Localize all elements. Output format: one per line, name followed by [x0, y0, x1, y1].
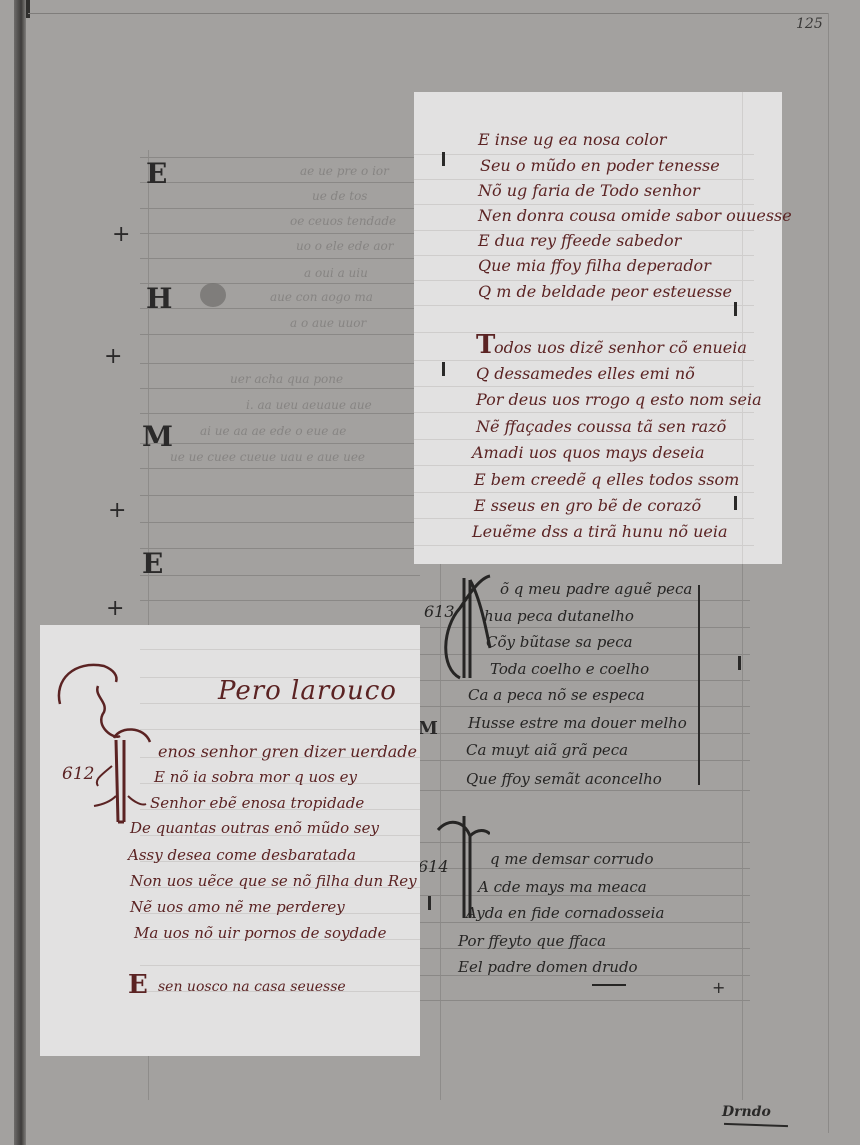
verse-line: hua peca dutanelho [484, 609, 634, 624]
margin-mark [734, 496, 737, 510]
author-heading: Pero larouco [218, 676, 397, 706]
bleed-through-text: ue ue cuee cueue uau e aue uee [170, 450, 365, 464]
ruled-line [420, 922, 750, 923]
page-right-edge [828, 13, 829, 1133]
verse-line: Eel padre domen drudo [458, 960, 638, 975]
bleed-through-text: uer acha qua pone [230, 372, 343, 386]
ruled-line [414, 439, 754, 440]
margin-letter-m: M [418, 720, 438, 738]
ruled-line [420, 706, 750, 707]
ruled-line [414, 492, 754, 493]
ruled-line [140, 182, 420, 183]
verse-line: sen uosco na casa seuesse [158, 980, 346, 994]
ruled-line [140, 729, 420, 730]
bleed-through-text: i. aa ueu aeuaue aue [246, 398, 372, 412]
margin-cross: + [712, 980, 725, 996]
margin-cross: + [108, 500, 126, 522]
margin-cross: + [106, 598, 124, 620]
highlight-region-top-right: E inse ug ea nosa color Seu o mũdo en po… [414, 92, 782, 564]
verse-line: Ca muyt aiã grã peca [466, 743, 628, 758]
margin-bracket [698, 585, 700, 785]
ruled-line [140, 522, 420, 523]
decorated-initial: T [476, 332, 495, 358]
verse-line: E sseus en gro bẽ de corazõ [474, 498, 701, 514]
verse-line: Assy desea come desbaratada [128, 848, 356, 863]
ruled-line [140, 443, 420, 444]
ruled-line [140, 388, 420, 389]
verse-line: q me demsar corrudo [490, 852, 654, 867]
verse-line: Nẽ uos amo nẽ me perderey [130, 900, 345, 915]
margin-letter-m: M [142, 423, 173, 451]
verse-line: enos senhor gren dizer uerdade [158, 744, 417, 760]
ruled-line [140, 965, 420, 966]
ruled-line [140, 468, 420, 469]
margin-mark [738, 656, 741, 670]
margin-letter-e: E [142, 550, 163, 578]
ruled-line [140, 334, 420, 335]
column-rule [742, 92, 743, 564]
verse-line: Nen donra cousa omide sabor ouuesse [478, 208, 792, 224]
margin-letter-e: E [146, 160, 167, 188]
ruled-line [140, 600, 420, 601]
ruled-line [414, 545, 754, 546]
ruled-line [420, 1000, 750, 1001]
ruled-line [140, 575, 420, 576]
margin-mark [734, 302, 737, 316]
bleed-through-text: oe ceuos tendade [290, 214, 396, 228]
bleed-through-text: a o aue uuor [290, 316, 366, 330]
ruled-line [414, 518, 754, 519]
ruled-line [140, 495, 420, 496]
ruled-line [414, 386, 754, 387]
margin-cross: + [104, 346, 122, 368]
decorated-initial-e: E [128, 972, 148, 998]
bleed-through-text: uo o ele ede aor [296, 239, 393, 253]
verse-line: E inse ug ea nosa color [478, 132, 666, 148]
binding-spine [14, 0, 26, 1145]
bleed-through-text: ai ue aa ae ede o eue ae [200, 424, 346, 438]
ruled-line [414, 280, 754, 281]
signature-underline [724, 1123, 788, 1127]
verse-line: E nõ ia sobra mor q uos ey [154, 770, 357, 785]
verse-line: Non uos uẽce que se nõ filha dun Rey [130, 874, 417, 889]
ruled-line [140, 208, 420, 209]
ruled-line [414, 204, 754, 205]
verse-line: Q m de beldade peor esteuesse [478, 284, 732, 300]
ruled-line [420, 760, 750, 761]
margin-mark [442, 152, 445, 166]
margin-cross: + [112, 224, 130, 246]
ruled-line [140, 413, 420, 414]
verse-line: E bem creedẽ q elles todos ssom [474, 472, 739, 488]
ruled-line [140, 363, 420, 364]
verse-line: E dua rey ffeede sabedor [478, 233, 681, 249]
ruled-line [140, 233, 420, 234]
verse-line: Nõ ug faria de Todo senhor [478, 183, 700, 199]
verse-line: Ca a peca nõ se especa [468, 688, 645, 703]
verse-line: Ayda en fide cornadosseia [466, 906, 664, 921]
verse-line: De quantas outras enõ mũdo sey [130, 821, 379, 836]
folio-number: 125 [796, 16, 823, 32]
verse-line: odos uos dizẽ senhor cõ enueia [494, 340, 747, 356]
ruled-line [140, 548, 420, 549]
ruled-line [140, 649, 420, 650]
verse-line: Seu o mũdo en poder tenesse [480, 158, 720, 174]
verse-line: Por ffeyto que ffaca [458, 934, 606, 949]
ruled-line [414, 332, 754, 333]
bleed-through-text: aue con aogo ma [270, 290, 373, 304]
ruled-line [140, 157, 420, 158]
ruled-line [140, 258, 420, 259]
decorated-initial-v [54, 656, 154, 826]
verse-line: Leuẽme dss a tirã hunu nõ ueia [472, 524, 728, 540]
ruled-line [140, 308, 420, 309]
verse-line: Por deus uos rrogo q esto nom seia [476, 392, 762, 408]
verse-line: Nẽ ffaçades coussa tã sen razõ [476, 419, 726, 435]
ruled-line [414, 360, 754, 361]
ruled-line [420, 733, 750, 734]
verse-line: Senhor ebẽ enosa tropidade [150, 796, 364, 811]
bleed-through-text: a oui a uiu [304, 266, 368, 280]
verse-line: Q dessamedes elles emi nõ [476, 366, 695, 382]
verse-line: Toda coelho e coelho [490, 662, 649, 677]
margin-mark [442, 362, 445, 376]
ruled-line [420, 790, 750, 791]
ruled-line [414, 412, 754, 413]
ruled-line [414, 154, 754, 155]
margin-letter-h: H [146, 285, 172, 313]
verse-line: Cõy bũtase sa peca [486, 635, 633, 650]
verse-line: A cde mays ma meaca [478, 880, 647, 895]
verse-line: Ma uos nõ uir pornos de soydade [134, 926, 387, 941]
bleed-through-text: ue de tos [312, 189, 367, 203]
verse-line: õ q meu padre aguẽ peca [500, 582, 692, 597]
verse-line: Amadi uos quos mays deseia [472, 445, 705, 461]
ruled-line [414, 305, 754, 306]
ruled-line [140, 283, 420, 284]
page-top-edge [28, 13, 828, 14]
verse-line: Husse estre ma douer melho [468, 716, 687, 731]
verse-line: Que mia ffoy filha deperador [478, 258, 711, 274]
bleed-through-text: ae ue pre o ior [300, 164, 389, 178]
margin-mark [428, 896, 431, 910]
manuscript-page: 125 ae ue pre o ior ue de tos oe ceuos t… [0, 0, 860, 1145]
ink-blot [200, 283, 226, 307]
ruled-line [414, 465, 754, 466]
ruled-line [414, 179, 754, 180]
underline-mark [592, 984, 626, 986]
signature: Drndo [722, 1104, 771, 1120]
verse-line: Que ffoy semãt aconcelho [466, 772, 662, 787]
